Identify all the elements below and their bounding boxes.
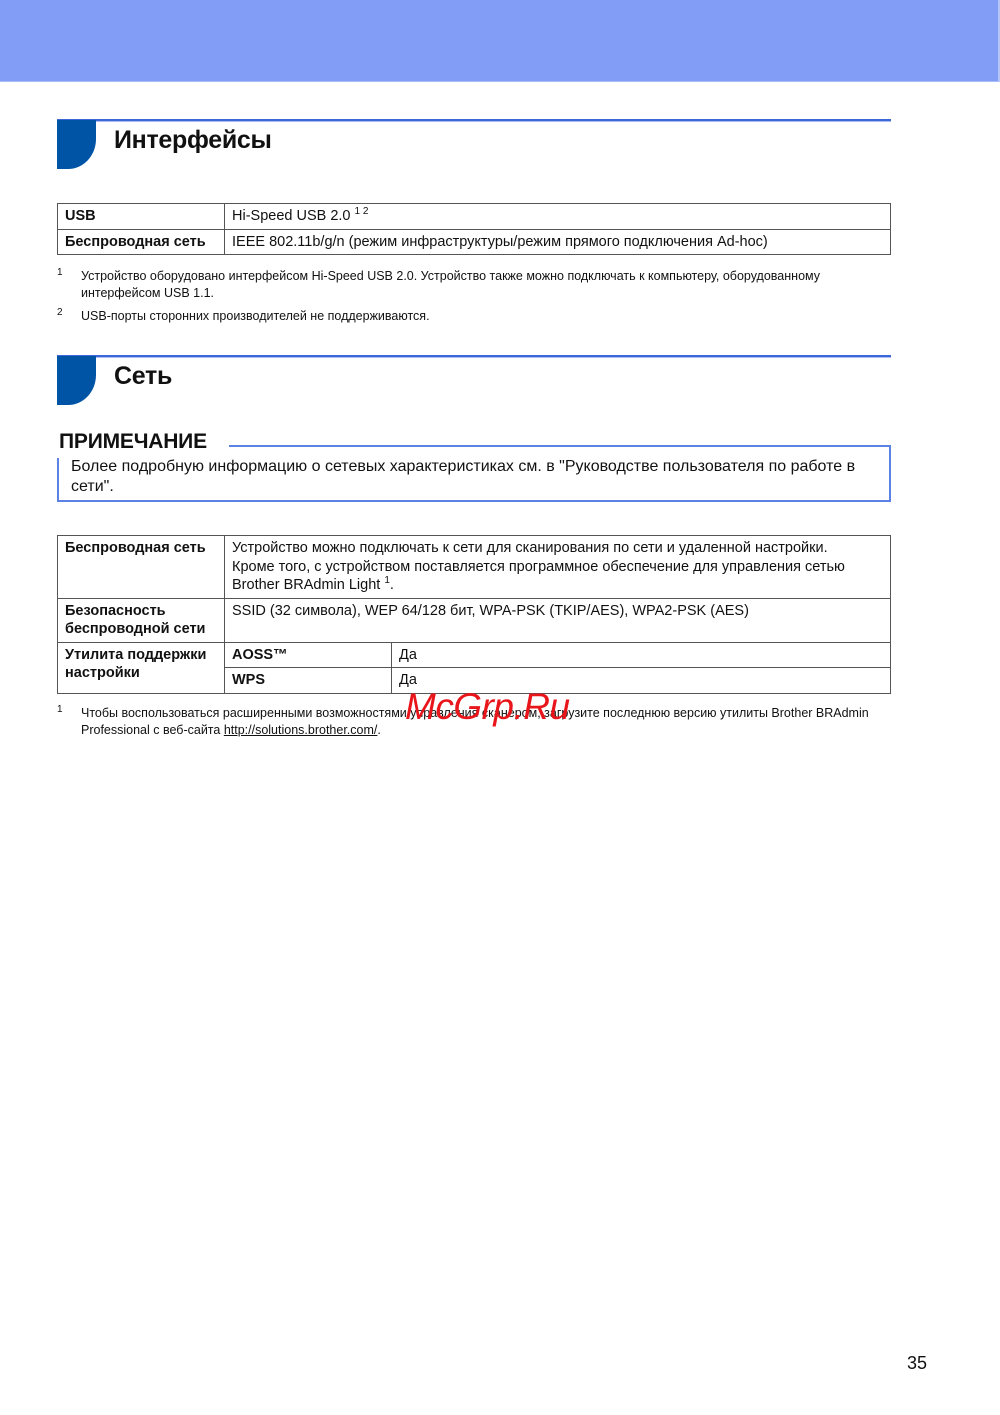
usb-value: Hi-Speed USB 2.0 [232, 208, 350, 224]
interfaces-footnotes: 1 Устройство оборудовано интерфейсом Hi-… [57, 268, 891, 331]
note-border-bottom [57, 500, 891, 502]
footnote-text: USB-порты сторонних производителей не по… [81, 309, 430, 323]
note-border-top [229, 445, 891, 447]
row-label: Безопасность беспроводной сети [58, 598, 225, 642]
setup-utility-value: Да [392, 642, 891, 668]
footnote: 1 Чтобы воспользоваться расширенными воз… [57, 705, 891, 739]
interfaces-table: USB Hi-Speed USB 2.0 1 2 Беспроводная се… [57, 203, 891, 255]
footnote-text: Чтобы воспользоваться расширенными возмо… [81, 706, 869, 737]
note-text: Более подробную информацию о сетевых хар… [71, 457, 886, 497]
footnote-ref: 1 2 [355, 206, 369, 217]
table-row: Беспроводная сеть Устройство можно подкл… [58, 536, 891, 599]
row-label: Беспроводная сеть [58, 229, 225, 255]
table-row: USB Hi-Speed USB 2.0 1 2 [58, 204, 891, 230]
footnote-text-end: . [377, 723, 380, 737]
table-row: Безопасность беспроводной сети SSID (32 … [58, 598, 891, 642]
footnote-number: 1 [57, 701, 63, 718]
label-line: Утилита поддержки [65, 646, 217, 665]
label-line: беспроводной сети [65, 620, 217, 639]
section-rule [57, 355, 891, 357]
section-title: Сеть [114, 362, 172, 391]
network-footnotes: 1 Чтобы воспользоваться расширенными воз… [57, 705, 891, 745]
bradmin-light-text: Brother BRAdmin Light [232, 577, 380, 593]
brother-solutions-link[interactable]: http://solutions.brother.com/ [224, 723, 378, 737]
section-tab-marker [57, 120, 96, 169]
setup-utility-name: WPS [225, 668, 392, 694]
page-number: 35 [907, 1353, 927, 1374]
footnote-text: Устройство оборудовано интерфейсом Hi-Sp… [81, 269, 820, 300]
setup-utility-value: Да [392, 668, 891, 694]
footnote: 2 USB-порты сторонних производителей не … [57, 308, 891, 325]
network-table: Беспроводная сеть Устройство можно подкл… [57, 535, 891, 694]
setup-utility-name: AOSS™ [225, 642, 392, 668]
footnote-number: 1 [57, 264, 63, 281]
section-heading-interfaces: Интерфейсы [57, 119, 891, 169]
wireless-line: Brother BRAdmin Light 1. [232, 576, 883, 595]
footnote: 1 Устройство оборудовано интерфейсом Hi-… [57, 268, 891, 302]
table-row: Беспроводная сеть IEEE 802.11b/g/n (режи… [58, 229, 891, 255]
wireless-line: Кроме того, с устройством поставляется п… [232, 558, 883, 577]
table-row: Утилита поддержки настройки AOSS™ Да [58, 642, 891, 668]
label-line: Безопасность [65, 602, 217, 621]
wireless-line: Устройство можно подключать к сети для с… [232, 539, 883, 558]
row-value: SSID (32 символа), WEP 64/128 бит, WPA-P… [225, 598, 891, 642]
note-border-right [889, 445, 891, 502]
section-title: Интерфейсы [114, 126, 272, 155]
note-border-left [57, 458, 59, 502]
row-value: Hi-Speed USB 2.0 1 2 [225, 204, 891, 230]
section-heading-network: Сеть [57, 355, 891, 405]
footnote-number: 2 [57, 304, 63, 321]
footnote-ref: 1 [384, 575, 390, 586]
section-rule [57, 119, 891, 121]
label-line: настройки [65, 664, 217, 683]
row-label: USB [58, 204, 225, 230]
row-value: IEEE 802.11b/g/n (режим инфраструктуры/р… [225, 229, 891, 255]
row-value: Устройство можно подключать к сети для с… [225, 536, 891, 599]
section-tab-marker [57, 356, 96, 405]
page-header-band [0, 0, 1000, 82]
row-label: Утилита поддержки настройки [58, 642, 225, 693]
row-label: Беспроводная сеть [58, 536, 225, 599]
